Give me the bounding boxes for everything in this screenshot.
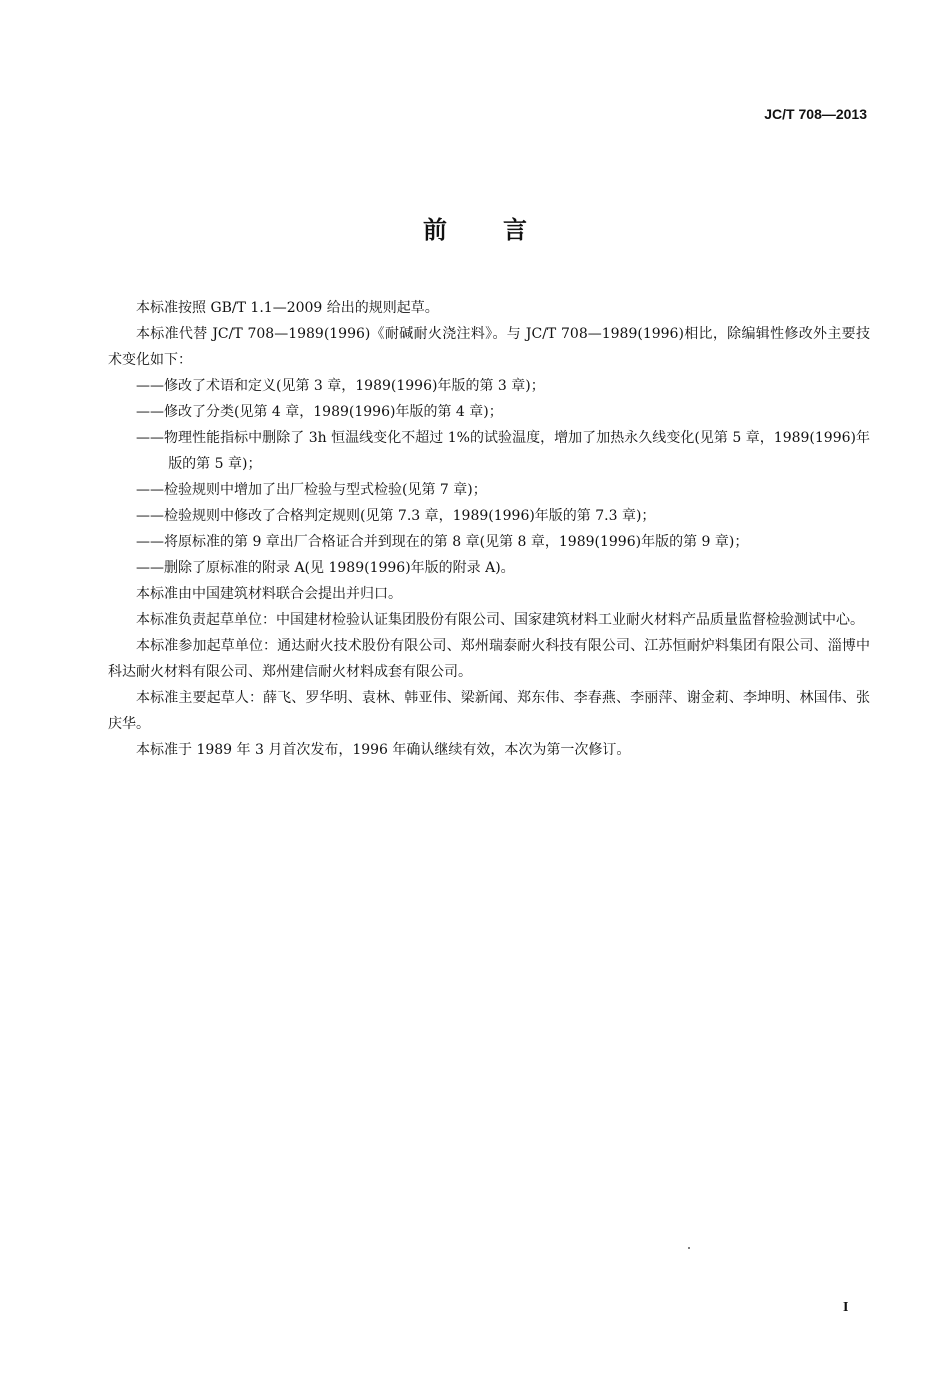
scan-speck (688, 1247, 690, 1249)
paragraph-history: 本标准于 1989 年 3 月首次发布，1996 年确认继续有效，本次为第一次修… (108, 737, 870, 763)
paragraph-drafting-rules: 本标准按照 GB/T 1.1—2009 给出的规则起草。 (108, 295, 870, 321)
paragraph-participating-drafters: 本标准参加起草单位：通达耐火技术股份有限公司、郑州瑞泰耐火科技有限公司、江苏恒耐… (108, 633, 870, 685)
paragraph-replaces: 本标准代替 JC/T 708—1989(1996)《耐碱耐火浇注料》。与 JC/… (108, 321, 870, 373)
paragraph-lead-drafter: 本标准负责起草单位：中国建材检验认证集团股份有限公司、国家建筑材料工业耐火材料产… (108, 607, 870, 633)
page-title: 前言 (0, 210, 950, 245)
standard-code-header: JC/T 708—2013 (764, 106, 867, 122)
foreword-body: 本标准按照 GB/T 1.1—2009 给出的规则起草。 本标准代替 JC/T … (108, 295, 870, 763)
change-item: ——物理性能指标中删除了 3h 恒温线变化不超过 1%的试验温度，增加了加热永久… (108, 425, 870, 477)
title-char-2: 言 (503, 210, 527, 245)
page-number: I (843, 1300, 848, 1316)
change-item: ——修改了分类(见第 4 章，1989(1996)年版的第 4 章)； (108, 399, 870, 425)
title-char-1: 前 (423, 210, 447, 245)
change-item: ——检验规则中修改了合格判定规则(见第 7.3 章，1989(1996)年版的第… (108, 503, 870, 529)
change-item: ——检验规则中增加了出厂检验与型式检验(见第 7 章)； (108, 477, 870, 503)
change-item: ——将原标准的第 9 章出厂合格证合并到现在的第 8 章(见第 8 章，1989… (108, 529, 870, 555)
paragraph-main-drafters: 本标准主要起草人：薛飞、罗华明、袁林、韩亚伟、梁新闻、郑东伟、李春燕、李丽萍、谢… (108, 685, 870, 737)
paragraph-proposer: 本标准由中国建筑材料联合会提出并归口。 (108, 581, 870, 607)
change-item: ——删除了原标准的附录 A(见 1989(1996)年版的附录 A)。 (108, 555, 870, 581)
change-item: ——修改了术语和定义(见第 3 章，1989(1996)年版的第 3 章)； (108, 373, 870, 399)
